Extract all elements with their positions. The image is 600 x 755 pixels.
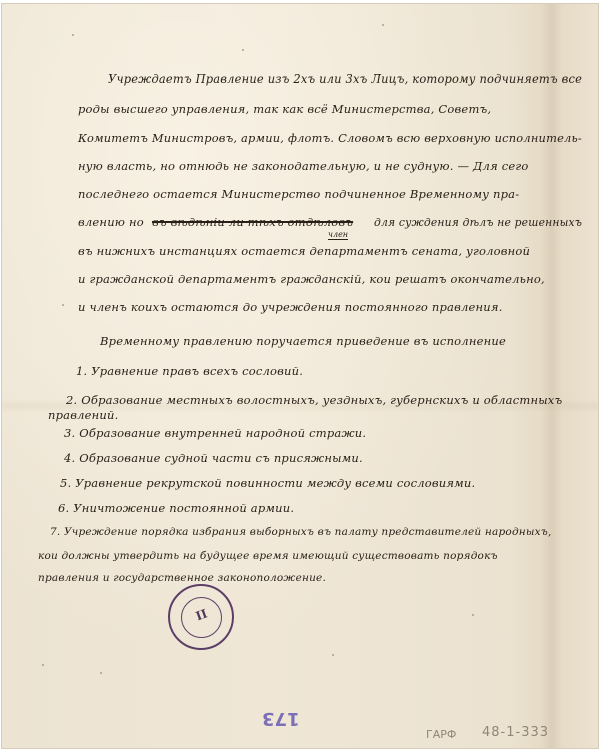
paper-fold-vertical (542, 4, 562, 748)
stamp-center-text: II (181, 602, 222, 628)
struck-out-text: въ вѣдѣніи ли тѣхъ отдѣловъ (152, 215, 353, 229)
list-number: 3. (64, 426, 75, 440)
list-number: 1. (76, 364, 87, 378)
list-item: 2. Образование местныхъ волостныхъ, уезд… (66, 393, 562, 407)
text-line: и членъ коихъ остаются до учреждения пос… (78, 300, 503, 314)
list-item: 6. Уничтожение постоянной армии. (58, 501, 294, 515)
text-line: и гражданской департаментъ гражданскій, … (78, 272, 545, 286)
text-line: ную власть, но отнюдь не законодательную… (78, 159, 529, 173)
list-text: Образование внутренней народной стражи. (79, 426, 366, 440)
archive-mark: ГАРФ (426, 728, 456, 741)
folio-number: 173 (262, 708, 300, 729)
paper-speck (72, 34, 74, 36)
list-text: Уничтожение постоянной армии. (73, 501, 294, 515)
list-text: Образование местныхъ волостныхъ, уездных… (81, 393, 562, 407)
text-line: для суждения дѣлъ не решенныхъ (374, 215, 582, 229)
list-item: 4. Образование судной части съ присяжным… (64, 451, 363, 465)
text-line: влению но (78, 215, 144, 229)
list-text: Образование судной части съ присяжными. (79, 451, 363, 465)
list-number: 7. (50, 526, 60, 538)
text-line: последнего остается Министерство подчине… (78, 187, 519, 201)
text-line: роды высшего управления, так как всё Мин… (78, 102, 491, 116)
paper-speck (100, 672, 102, 674)
paper-speck (382, 24, 384, 26)
list-item-continuation: кои должны утвердить на будущее время им… (38, 550, 498, 562)
text-line: Учреждаетъ Правление изъ 2хъ или 3хъ Лиц… (108, 72, 582, 86)
stamp-inner-ring: II (181, 597, 222, 638)
text-line: въ нижнихъ инстанциях остается департаме… (78, 244, 530, 258)
list-number: 5. (60, 476, 71, 490)
list-number: 4. (64, 451, 75, 465)
list-item: 5. Уравнение рекрутской повинности между… (60, 476, 475, 490)
list-item: 1. Уравнение правъ всехъ сословий. (76, 364, 303, 378)
paper-speck (42, 664, 44, 666)
paper-speck (332, 654, 334, 656)
list-item-continuation: правления и государственное законоположе… (38, 572, 326, 584)
paper-speck (242, 49, 244, 51)
text-line: Комитетъ Министровъ, армии, флотъ. Слово… (78, 131, 582, 145)
list-item-continuation: правлений. (48, 408, 119, 422)
paper-speck (472, 614, 474, 616)
list-text: Уравнение правъ всехъ сословий. (91, 364, 303, 378)
list-number: 6. (58, 501, 69, 515)
list-number: 2. (66, 393, 77, 407)
archive-stamp: II Центрархив • ГОСУДАРСТВЕННЫЙ АРХИВ • … (168, 584, 234, 650)
manuscript-page: Учреждаетъ Правление изъ 2хъ или 3хъ Лиц… (2, 4, 598, 748)
list-item: 7. Учреждение порядка избрания выборныхъ… (50, 526, 552, 538)
paragraph-intro: Временному правлению поручается приведен… (100, 334, 506, 348)
list-text: Уравнение рекрутской повинности между вс… (75, 476, 475, 490)
paper-speck (62, 304, 64, 306)
archive-code: 48-1-333 (482, 725, 549, 740)
list-item: 3. Образование внутренней народной страж… (64, 426, 366, 440)
list-text: Учреждение порядка избрания выборныхъ въ… (64, 526, 552, 538)
superscript-insertion: член (328, 230, 348, 240)
